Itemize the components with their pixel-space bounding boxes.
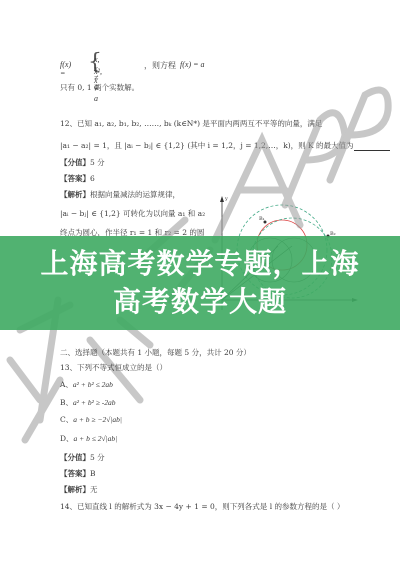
option-text: a + b ≤ 2√|ab| [74, 434, 118, 443]
option-text: a² + b² ≤ 2ab [73, 380, 113, 389]
q12-analysis: 【解析】根据向量减法的运算规律， [60, 189, 180, 200]
function-lhs: f(x) = [60, 60, 71, 78]
q13-option-b: B、a² + b² ≥ -2ab [60, 397, 115, 408]
q13-stem: 13、下列不等式恒成立的是（） [60, 362, 167, 373]
q12-analysis-line2: |aᵢ − bⱼ| ∈ {1,2} 可转化为以向量 a₁ 和 a₂ [60, 208, 205, 219]
score-value: 5 分 [90, 158, 105, 167]
option-label: A、 [60, 380, 73, 389]
score-label: 【分值】 [60, 158, 90, 167]
option-label: C、 [60, 415, 73, 424]
option-text: a + b ≥ −2√|ab| [73, 415, 122, 424]
answer-label: 【答案】 [60, 174, 90, 183]
analysis-value: 无 [90, 485, 98, 494]
score-value: 5 分 [90, 453, 105, 462]
option-label: B、 [60, 398, 73, 407]
equation: f(x) = a [180, 60, 205, 69]
q12-stem-line2-text: |a₁ − a₂| = 1，且 |aᵢ − bⱼ| ∈ {1,2} (其中 i … [60, 141, 354, 150]
q13-answer: 【答案】B [60, 468, 96, 479]
q13-score: 【分值】5 分 [60, 452, 105, 463]
section2-heading: 二、选择题（本题共有 1 小题，每题 5 分，共计 20 分） [60, 347, 251, 358]
q12-stem-line2: |a₁ − a₂| = 1，且 |aᵢ − bⱼ| ∈ {1,2} (其中 i … [60, 140, 390, 151]
q11-conclusion: 只有 0, 1 两个实数解。 [60, 82, 139, 93]
q14-stem: 14、已知直线 l 的解析式为 3x − 4y + 1 = 0，则下列各式是 l… [60, 501, 344, 512]
title-banner: 上海高考数学专题，上海高考数学大题 [0, 236, 400, 330]
q12-score: 【分值】5 分 [60, 157, 105, 168]
q12-stem-line1: 12、已知 a₁, a₂, b₁, b₂, ……, bₖ (k∈N*) 是平面内… [60, 118, 322, 129]
option-text: a² + b² ≥ -2ab [73, 398, 115, 407]
q13-option-d: D、a + b ≤ 2√|ab| [60, 433, 117, 444]
then-text: ，则方程 [144, 60, 176, 71]
answer-value: B [90, 469, 96, 478]
answer-value: 6 [90, 174, 95, 183]
q13-analysis: 【解析】无 [60, 484, 98, 495]
analysis-line1: 根据向量减法的运算规律， [90, 190, 180, 199]
document-page: f(x) = { x, x ≠ a x², x = a ，则方程 f(x) = … [0, 0, 400, 565]
option-label: D、 [60, 434, 74, 443]
q13-option-a: A、a² + b² ≤ 2ab [60, 379, 113, 390]
answer-label: 【答案】 [60, 469, 90, 478]
banner-title: 上海高考数学专题，上海高考数学大题 [40, 245, 360, 321]
q12-answer: 【答案】6 [60, 173, 95, 184]
analysis-label: 【解析】 [60, 485, 90, 494]
answer-blank [354, 143, 390, 151]
svg-text:y: y [224, 196, 228, 202]
score-label: 【分值】 [60, 453, 90, 462]
analysis-label: 【解析】 [60, 190, 90, 199]
q13-option-c: C、a + b ≥ −2√|ab| [60, 414, 122, 425]
svg-text:B₁: B₁ [259, 216, 265, 222]
